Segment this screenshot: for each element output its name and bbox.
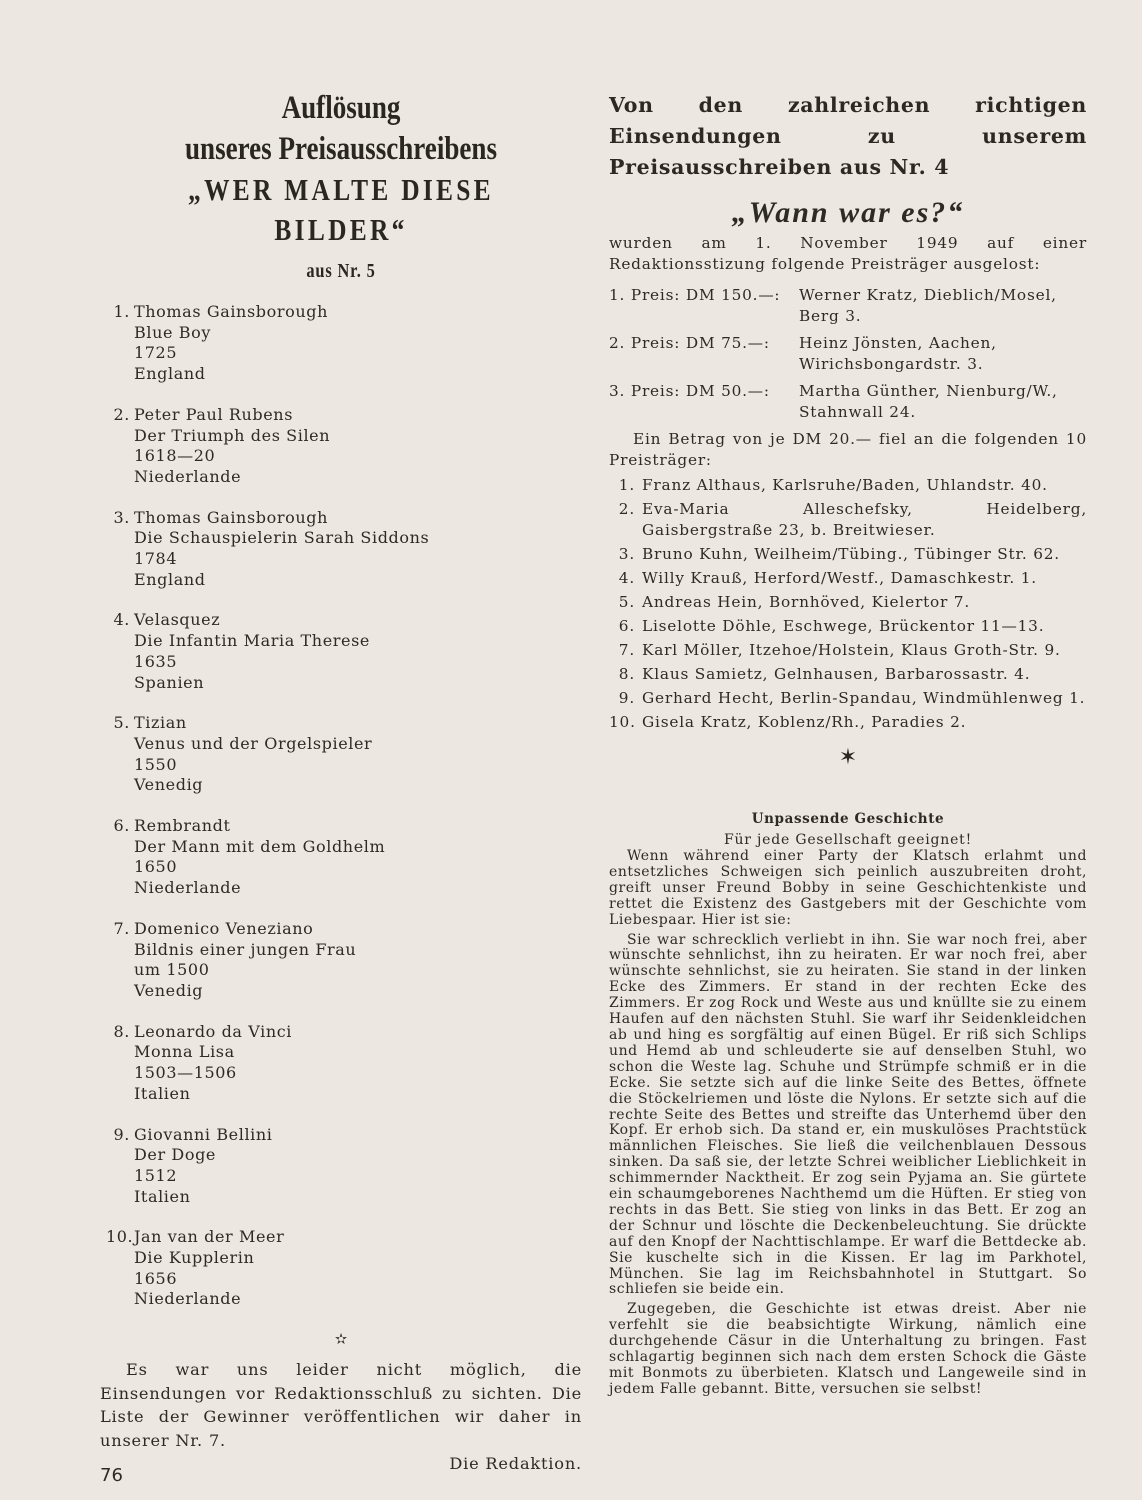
painting-item: 6. Rembrandt Der Mann mit dem Goldhelm 1… xyxy=(100,816,582,899)
winner-item: 7.Karl Möller, Itzehoe/Holstein, Klaus G… xyxy=(609,640,1087,661)
headline-line-2: unseres Preisausschreibens xyxy=(143,128,538,170)
contest-intro-body: wurden am 1. November 1949 auf einer Red… xyxy=(609,233,1087,275)
editorial-note: Es war uns leider nicht möglich, die Ein… xyxy=(100,1358,582,1452)
painting-artist: Thomas Gainsborough xyxy=(134,508,582,529)
painting-year: 1512 xyxy=(134,1166,582,1187)
prize-row: 1. Preis: DM 150.—: Werner Kratz, Diebli… xyxy=(609,285,1087,327)
item-number: 1. xyxy=(106,302,130,323)
painting-origin: Niederlande xyxy=(134,467,582,488)
item-number: 4. xyxy=(106,610,130,631)
winner-item: 10.Gisela Kratz, Koblenz/Rh., Paradies 2… xyxy=(609,712,1087,733)
winner-item: 6.Liselotte Döhle, Eschwege, Brückentor … xyxy=(609,616,1087,637)
story-paragraph: Zugegeben, die Geschichte ist etwas drei… xyxy=(609,1302,1087,1397)
star-ornament-icon: ✫ xyxy=(100,1330,582,1348)
painting-title: Venus und der Orgelspieler xyxy=(134,734,582,755)
painting-title: Monna Lisa xyxy=(134,1042,582,1063)
consolation-winners-list: 1.Franz Althaus, Karlsruhe/Baden, Uhland… xyxy=(609,475,1087,733)
item-number: 10. xyxy=(609,712,635,733)
consolation-intro: Ein Betrag von je DM 20.— fiel an die fo… xyxy=(609,429,1087,471)
story-article: Unpassende Geschichte Für jede Gesellsch… xyxy=(609,810,1087,1398)
painting-artist: Leonardo da Vinci xyxy=(134,1022,582,1043)
painting-year: 1650 xyxy=(134,857,582,878)
painting-origin: England xyxy=(134,364,582,385)
winner-item: 5.Andreas Hein, Bornhöved, Kielertor 7. xyxy=(609,592,1087,613)
painting-title: Blue Boy xyxy=(134,323,582,344)
painting-artist: Rembrandt xyxy=(134,816,582,837)
item-number: 8. xyxy=(106,1022,130,1043)
item-number: 9. xyxy=(609,688,635,709)
painting-title: Der Triumph des Silen xyxy=(134,426,582,447)
painting-year: 1635 xyxy=(134,652,582,673)
winner-text: Karl Möller, Itzehoe/Holstein, Klaus Gro… xyxy=(642,641,1061,659)
headline-line-3: „WER MALTE DIESE BILDER“ xyxy=(143,170,538,250)
item-number: 2. xyxy=(609,499,635,520)
winner-item: 4.Willy Krauß, Herford/Westf., Damaschke… xyxy=(609,568,1087,589)
item-number: 3. xyxy=(609,544,635,565)
page-number: 76 xyxy=(100,1465,123,1486)
winner-item: 3.Bruno Kuhn, Weilheim/Tübing., Tübinger… xyxy=(609,544,1087,565)
prize-winner: Werner Kratz, Dieblich/Mosel, Berg 3. xyxy=(799,285,1087,327)
winner-text: Gisela Kratz, Koblenz/Rh., Paradies 2. xyxy=(642,713,966,731)
painting-title: Die Schauspielerin Sarah Siddons xyxy=(134,528,582,549)
painting-title: Der Mann mit dem Goldhelm xyxy=(134,837,582,858)
painting-title: Der Doge xyxy=(134,1145,582,1166)
painting-artist: Jan van der Meer xyxy=(134,1227,582,1248)
painting-item: 10. Jan van der Meer Die Kupplerin 1656 … xyxy=(100,1227,582,1310)
painting-artist: Thomas Gainsborough xyxy=(134,302,582,323)
winner-item: 1.Franz Althaus, Karlsruhe/Baden, Uhland… xyxy=(609,475,1087,496)
prize-rank: 2. Preis: DM 75.—: xyxy=(609,333,799,375)
painting-artist: Peter Paul Rubens xyxy=(134,405,582,426)
star-ornament-icon: ✶ xyxy=(609,745,1087,770)
painting-year: 1784 xyxy=(134,549,582,570)
winner-text: Klaus Samietz, Gelnhausen, Barbarossastr… xyxy=(642,665,1030,683)
headline-line-1: Auflösung xyxy=(143,88,538,128)
winner-text: Liselotte Döhle, Eschwege, Brückentor 11… xyxy=(642,617,1044,635)
winner-text: Eva-Maria Alleschefsky, Heidelberg, Gais… xyxy=(642,500,1087,539)
painting-artist: Tizian xyxy=(134,713,582,734)
painting-origin: Niederlande xyxy=(134,1289,582,1310)
painting-item: 3. Thomas Gainsborough Die Schauspieleri… xyxy=(100,508,582,591)
item-number: 8. xyxy=(609,664,635,685)
item-number: 10. xyxy=(106,1227,130,1248)
item-number: 3. xyxy=(106,508,130,529)
prize-row: 3. Preis: DM 50.—: Martha Günther, Nienb… xyxy=(609,381,1087,423)
winner-text: Bruno Kuhn, Weilheim/Tübing., Tübinger S… xyxy=(642,545,1060,563)
prize-row: 2. Preis: DM 75.—: Heinz Jönsten, Aachen… xyxy=(609,333,1087,375)
painting-origin: Italien xyxy=(134,1084,582,1105)
winner-text: Franz Althaus, Karlsruhe/Baden, Uhlandst… xyxy=(642,476,1048,494)
editorial-signature: Die Redaktion. xyxy=(100,1452,582,1476)
item-number: 5. xyxy=(609,592,635,613)
painting-year: 1656 xyxy=(134,1269,582,1290)
winner-item: 8.Klaus Samietz, Gelnhausen, Barbarossas… xyxy=(609,664,1087,685)
item-number: 6. xyxy=(609,616,635,637)
painting-origin: Italien xyxy=(134,1187,582,1208)
painting-year: 1550 xyxy=(134,755,582,776)
painting-item: 1. Thomas Gainsborough Blue Boy 1725 Eng… xyxy=(100,302,582,385)
winner-text: Andreas Hein, Bornhöved, Kielertor 7. xyxy=(642,593,970,611)
item-number: 2. xyxy=(106,405,130,426)
story-subtitle: Für jede Gesellschaft geeignet! xyxy=(609,831,1087,849)
painting-solution-list: 1. Thomas Gainsborough Blue Boy 1725 Eng… xyxy=(100,302,582,1310)
painting-title: Bildnis einer jungen Frau xyxy=(134,940,582,961)
item-number: 7. xyxy=(106,919,130,940)
item-number: 1. xyxy=(609,475,635,496)
painting-artist: Domenico Veneziano xyxy=(134,919,582,940)
item-number: 5. xyxy=(106,713,130,734)
prize-winner: Heinz Jönsten, Aachen, Wirichsbongardstr… xyxy=(799,333,1087,375)
painting-year: 1503—1506 xyxy=(134,1063,582,1084)
left-column: Auflösung unseres Preisausschreibens „WE… xyxy=(100,88,582,1476)
painting-item: 4. Velasquez Die Infantin Maria Therese … xyxy=(100,610,582,693)
winner-item: 2.Eva-Maria Alleschefsky, Heidelberg, Ga… xyxy=(609,499,1087,541)
prize-rank: 3. Preis: DM 50.—: xyxy=(609,381,799,423)
painting-year: 1725 xyxy=(134,343,582,364)
editorial-note-text: Es war uns leider nicht möglich, die Ein… xyxy=(100,1360,582,1450)
painting-item: 7. Domenico Veneziano Bildnis einer jung… xyxy=(100,919,582,1002)
headline-subtitle: aus Nr. 5 xyxy=(143,258,538,284)
painting-year: 1618—20 xyxy=(134,446,582,467)
painting-item: 2. Peter Paul Rubens Der Triumph des Sil… xyxy=(100,405,582,488)
main-prizes: 1. Preis: DM 150.—: Werner Kratz, Diebli… xyxy=(609,285,1087,423)
painting-item: 9. Giovanni Bellini Der Doge 1512 Italie… xyxy=(100,1125,582,1208)
prize-winner: Martha Günther, Nienburg/W., Stahnwall 2… xyxy=(799,381,1087,423)
item-number: 6. xyxy=(106,816,130,837)
painting-item: 8. Leonardo da Vinci Monna Lisa 1503—150… xyxy=(100,1022,582,1105)
painting-item: 5. Tizian Venus und der Orgelspieler 155… xyxy=(100,713,582,796)
painting-origin: Spanien xyxy=(134,673,582,694)
winner-item: 9.Gerhard Hecht, Berlin-Spandau, Windmüh… xyxy=(609,688,1087,709)
prize-rank: 1. Preis: DM 150.—: xyxy=(609,285,799,327)
painting-artist: Velasquez xyxy=(134,610,582,631)
quiz-title: „Wann war es?“ xyxy=(609,193,1087,233)
story-paragraph: Wenn während einer Party der Klatsch erl… xyxy=(609,849,1087,929)
painting-year: um 1500 xyxy=(134,960,582,981)
winner-text: Gerhard Hecht, Berlin-Spandau, Windmühle… xyxy=(642,689,1085,707)
painting-origin: Venedig xyxy=(134,981,582,1002)
story-title: Unpassende Geschichte xyxy=(609,810,1087,828)
winner-text: Willy Krauß, Herford/Westf., Damaschkest… xyxy=(642,569,1037,587)
painting-origin: England xyxy=(134,570,582,591)
painting-artist: Giovanni Bellini xyxy=(134,1125,582,1146)
painting-title: Die Infantin Maria Therese xyxy=(134,631,582,652)
story-paragraph: Sie war schrecklich verliebt in ihn. Sie… xyxy=(609,933,1087,1299)
item-number: 9. xyxy=(106,1125,130,1146)
item-number: 4. xyxy=(609,568,635,589)
contest-intro-heading: Von den zahlreichen richtigen Einsendung… xyxy=(609,90,1087,183)
painting-origin: Venedig xyxy=(134,775,582,796)
painting-title: Die Kupplerin xyxy=(134,1248,582,1269)
right-column: Von den zahlreichen richtigen Einsendung… xyxy=(609,90,1087,1398)
item-number: 7. xyxy=(609,640,635,661)
magazine-page: Auflösung unseres Preisausschreibens „WE… xyxy=(0,0,1142,1500)
painting-origin: Niederlande xyxy=(134,878,582,899)
